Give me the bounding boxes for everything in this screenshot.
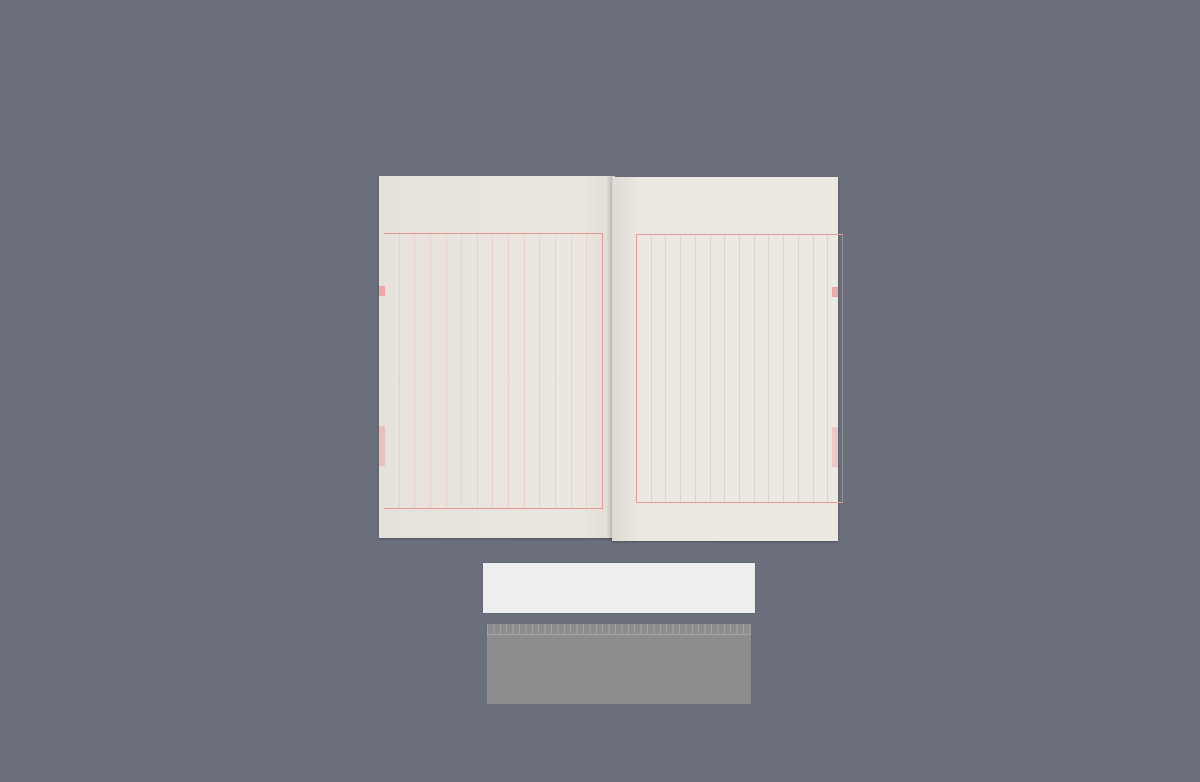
text-column	[445, 236, 459, 496]
right-page	[612, 177, 838, 541]
ruler	[487, 624, 751, 635]
text-column	[385, 236, 399, 496]
text-column	[415, 236, 429, 496]
text-column	[475, 236, 489, 496]
left-page	[379, 176, 615, 538]
color-patches	[487, 658, 751, 704]
text-column	[536, 236, 550, 496]
text-column	[506, 236, 520, 496]
text-column	[521, 236, 535, 496]
margin-mark	[832, 427, 838, 467]
color-control-chart	[487, 624, 751, 704]
text-column	[551, 236, 565, 496]
right-page-red-frame	[636, 234, 843, 503]
catalog-label	[483, 563, 755, 613]
text-column	[400, 236, 414, 496]
text-column	[460, 236, 474, 496]
text-column	[566, 236, 580, 496]
open-book	[379, 176, 839, 540]
text-column	[430, 236, 444, 496]
handwritten-text	[385, 236, 595, 496]
text-column	[581, 236, 595, 496]
text-column	[490, 236, 504, 496]
margin-mark	[832, 287, 838, 297]
